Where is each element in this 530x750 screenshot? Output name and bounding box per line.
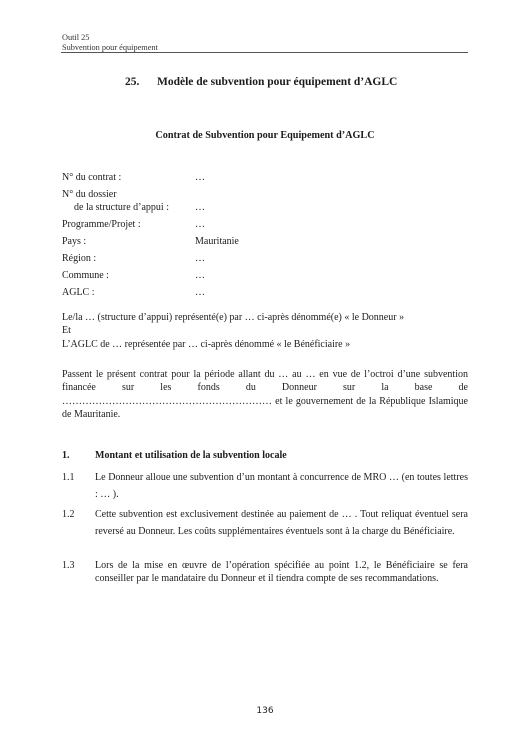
field-country: Pays : Mauritanie — [62, 236, 362, 250]
donor-party: Le/la … (structure d’appui) représenté(e… — [62, 311, 468, 324]
parties-block: Le/la … (structure d’appui) représenté(e… — [62, 311, 468, 351]
field-label: AGLC : — [62, 287, 95, 298]
field-value: … — [195, 202, 205, 213]
section-title: Montant et utilisation de la subvention … — [95, 450, 287, 461]
field-value: … — [195, 253, 205, 264]
preamble-paragraph: Passent le présent contrat pour la pério… — [62, 368, 468, 422]
clause-1-1: 1.1 Le Donneur alloue une subvention d’u… — [62, 470, 468, 503]
field-label-cont: de la structure d’appui : — [74, 202, 169, 213]
page-number: 136 — [0, 706, 530, 716]
field-label: N° du dossier — [62, 189, 117, 200]
field-label: N° du contrat : — [62, 172, 121, 183]
header-tool-number: Outil 25 — [62, 33, 468, 43]
field-label: Commune : — [62, 270, 109, 281]
field-label: Programme/Projet : — [62, 219, 141, 230]
field-value: … — [195, 172, 205, 183]
running-header: Outil 25 Subvention pour équipement — [62, 33, 468, 52]
header-tool-title: Subvention pour équipement — [62, 43, 468, 53]
field-aglc: AGLC : … — [62, 287, 362, 301]
field-value: Mauritanie — [195, 236, 239, 247]
clause-text: Lors de la mise en œuvre de l’opération … — [95, 559, 468, 585]
field-region: Région : … — [62, 253, 362, 267]
clause-number: 1.1 — [62, 470, 75, 487]
clause-1-2: 1.2 Cette subvention est exclusivement d… — [62, 507, 468, 540]
field-value: … — [195, 219, 205, 230]
contract-title: Contrat de Subvention pour Equipement d’… — [0, 130, 530, 141]
field-contract-number: N° du contrat : … — [62, 172, 362, 186]
clause-text: Cette subvention est exclusivement desti… — [95, 507, 468, 540]
clause-number: 1.3 — [62, 559, 75, 572]
field-label: Région : — [62, 253, 96, 264]
field-dossier-number: N° du dossier de la structure d’appui : … — [62, 189, 362, 217]
field-programme: Programme/Projet : … — [62, 219, 362, 233]
clause-text: Le Donneur alloue une subvention d’un mo… — [95, 470, 468, 503]
chapter-number: 25. — [125, 76, 139, 88]
chapter-title-text: Modèle de subvention pour équipement d’A… — [157, 76, 397, 88]
field-label: Pays : — [62, 236, 86, 247]
clause-1-3: 1.3 Lors de la mise en œuvre de l’opérat… — [62, 559, 468, 585]
section-number: 1. — [62, 450, 70, 461]
field-commune: Commune : … — [62, 270, 362, 284]
field-value: … — [195, 270, 205, 281]
header-rule — [61, 52, 468, 53]
parties-conjunction: Et — [62, 324, 468, 337]
field-value: … — [195, 287, 205, 298]
clause-number: 1.2 — [62, 507, 75, 524]
beneficiary-party: L’AGLC de … représentée par … ci-après d… — [62, 338, 468, 351]
